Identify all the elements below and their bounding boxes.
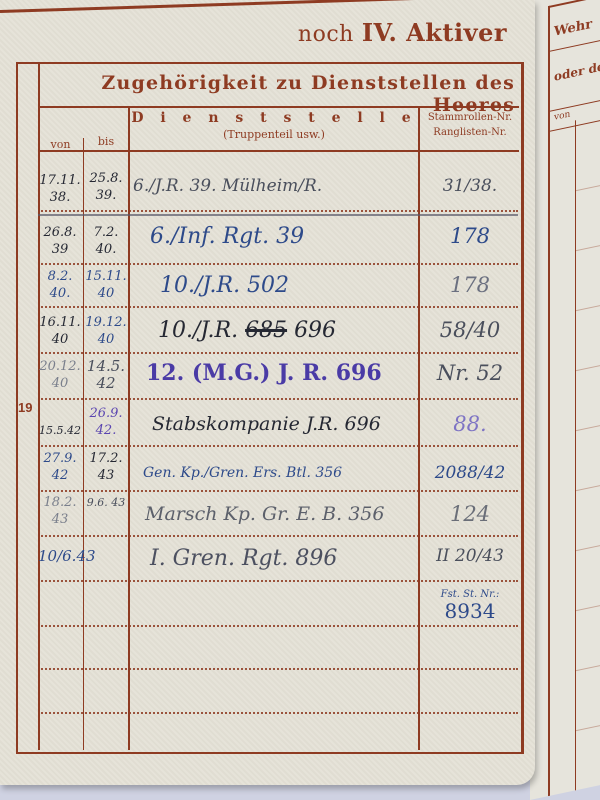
row-8-nr: 124 bbox=[420, 506, 520, 523]
section-title-prefix: noch bbox=[298, 22, 354, 47]
row-5-nr: Nr. 52 bbox=[420, 365, 520, 382]
row-2-dienststelle: 6./Inf. Rgt. 39 bbox=[150, 228, 304, 245]
row-6-dienststelle: Stabskompanie J.R. 696 bbox=[152, 416, 381, 433]
row-9-nr: II 20/43 bbox=[420, 548, 520, 565]
row-rule bbox=[38, 352, 518, 354]
row-9-nr-extra: 8934 bbox=[420, 603, 520, 620]
row-4-bis: 19.12. 40 bbox=[84, 314, 128, 348]
row-rule-heavy bbox=[38, 214, 518, 216]
row-1-dienststelle: 6./J.R. 39. Mülheim/R. bbox=[133, 178, 322, 195]
row-5-von: 20.12. 40 bbox=[38, 358, 82, 392]
row-1-nr: 31/38. bbox=[420, 178, 520, 195]
row-rule bbox=[38, 210, 518, 212]
row-3-nr: 178 bbox=[420, 277, 520, 294]
row-7-dienststelle: Gen. Kp./Gren. Ers. Btl. 356 bbox=[143, 465, 342, 482]
row-1-von: 17.11. 38. bbox=[38, 172, 82, 206]
row-rule bbox=[38, 668, 518, 670]
row-rule bbox=[38, 306, 518, 308]
row-4-nr: 58/40 bbox=[420, 322, 520, 339]
right-facing-page: Wehr oder de von bbox=[530, 0, 600, 800]
row-rule bbox=[38, 490, 518, 492]
page-number: 19 bbox=[18, 400, 32, 415]
row-5-dienststelle-stamp: 12. (M.G.) J. R. 696 bbox=[146, 365, 382, 382]
column-header-von: von bbox=[38, 138, 83, 151]
row-7-bis: 17.2. 43 bbox=[84, 450, 128, 484]
row-3-bis: 15.11. 40 bbox=[84, 268, 128, 302]
row-6-bis: 26.9. 42. bbox=[84, 405, 128, 439]
row-rule bbox=[38, 263, 518, 265]
row-rule bbox=[38, 712, 518, 714]
row-3-dienststelle: 10./J.R. 502 bbox=[160, 277, 289, 294]
right-page-column-line bbox=[575, 120, 576, 790]
column-header-stammrollen: Stammrollen-Nr. bbox=[420, 110, 520, 125]
row-rule bbox=[38, 625, 518, 627]
header-rule bbox=[38, 106, 519, 108]
row-rule bbox=[38, 445, 518, 447]
row-4-von: 16.11. 40 bbox=[38, 314, 82, 348]
row-6-nr: 88. bbox=[420, 416, 520, 433]
row-7-von: 27.9. 42 bbox=[38, 450, 82, 484]
row-4-dienststelle-struck: 685 bbox=[245, 318, 287, 343]
column-header-dienststelle: D i e n s t s t e l l e bbox=[130, 110, 418, 126]
header-bottom-rule bbox=[38, 150, 519, 152]
row-8-dienststelle: Marsch Kp. Gr. E. B. 356 bbox=[145, 506, 384, 523]
row-2-bis: 7.2. 40. bbox=[84, 224, 128, 258]
row-4-dienststelle: 10./J.R. 685 696 bbox=[158, 322, 336, 339]
row-8-von: 18.2. 43 bbox=[38, 494, 82, 528]
row-2-von: 26.8. 39 bbox=[38, 224, 82, 258]
row-5-bis: 14.5. 42 bbox=[84, 358, 128, 392]
column-header-dienststelle-sub: (Truppenteil usw.) bbox=[130, 128, 418, 141]
column-header-ranglisten: Ranglisten-Nr. bbox=[420, 125, 520, 140]
column-header-bis: bis bbox=[84, 135, 128, 148]
row-9-dienststelle: I. Gren. Rgt. 896 bbox=[150, 550, 337, 567]
row-4-dienststelle-suffix: 696 bbox=[294, 318, 336, 343]
row-1-bis: 25.8. 39. bbox=[84, 170, 128, 204]
row-rule bbox=[38, 398, 518, 400]
row-6-von: 15.5.42 bbox=[38, 422, 82, 439]
column-divider-bis-dienststelle bbox=[128, 106, 130, 750]
top-rule bbox=[0, 0, 535, 13]
row-7-nr: 2088/42 bbox=[420, 465, 520, 482]
row-9-von: 10/6.43 bbox=[38, 548, 82, 565]
row-4-dienststelle-prefix: 10./J.R. bbox=[158, 318, 238, 343]
section-title-main: IV. Aktiver bbox=[362, 18, 507, 47]
document-page: nochIV. Aktiver 19 Zugehörigkeit zu Dien… bbox=[0, 0, 535, 785]
section-title: nochIV. Aktiver bbox=[298, 18, 507, 47]
row-rule bbox=[38, 580, 518, 582]
row-rule bbox=[38, 535, 518, 537]
row-3-von: 8.2. 40. bbox=[38, 268, 82, 302]
row-2-nr: 178 bbox=[420, 228, 520, 245]
row-8-bis: 9.6. 43 bbox=[84, 494, 128, 511]
